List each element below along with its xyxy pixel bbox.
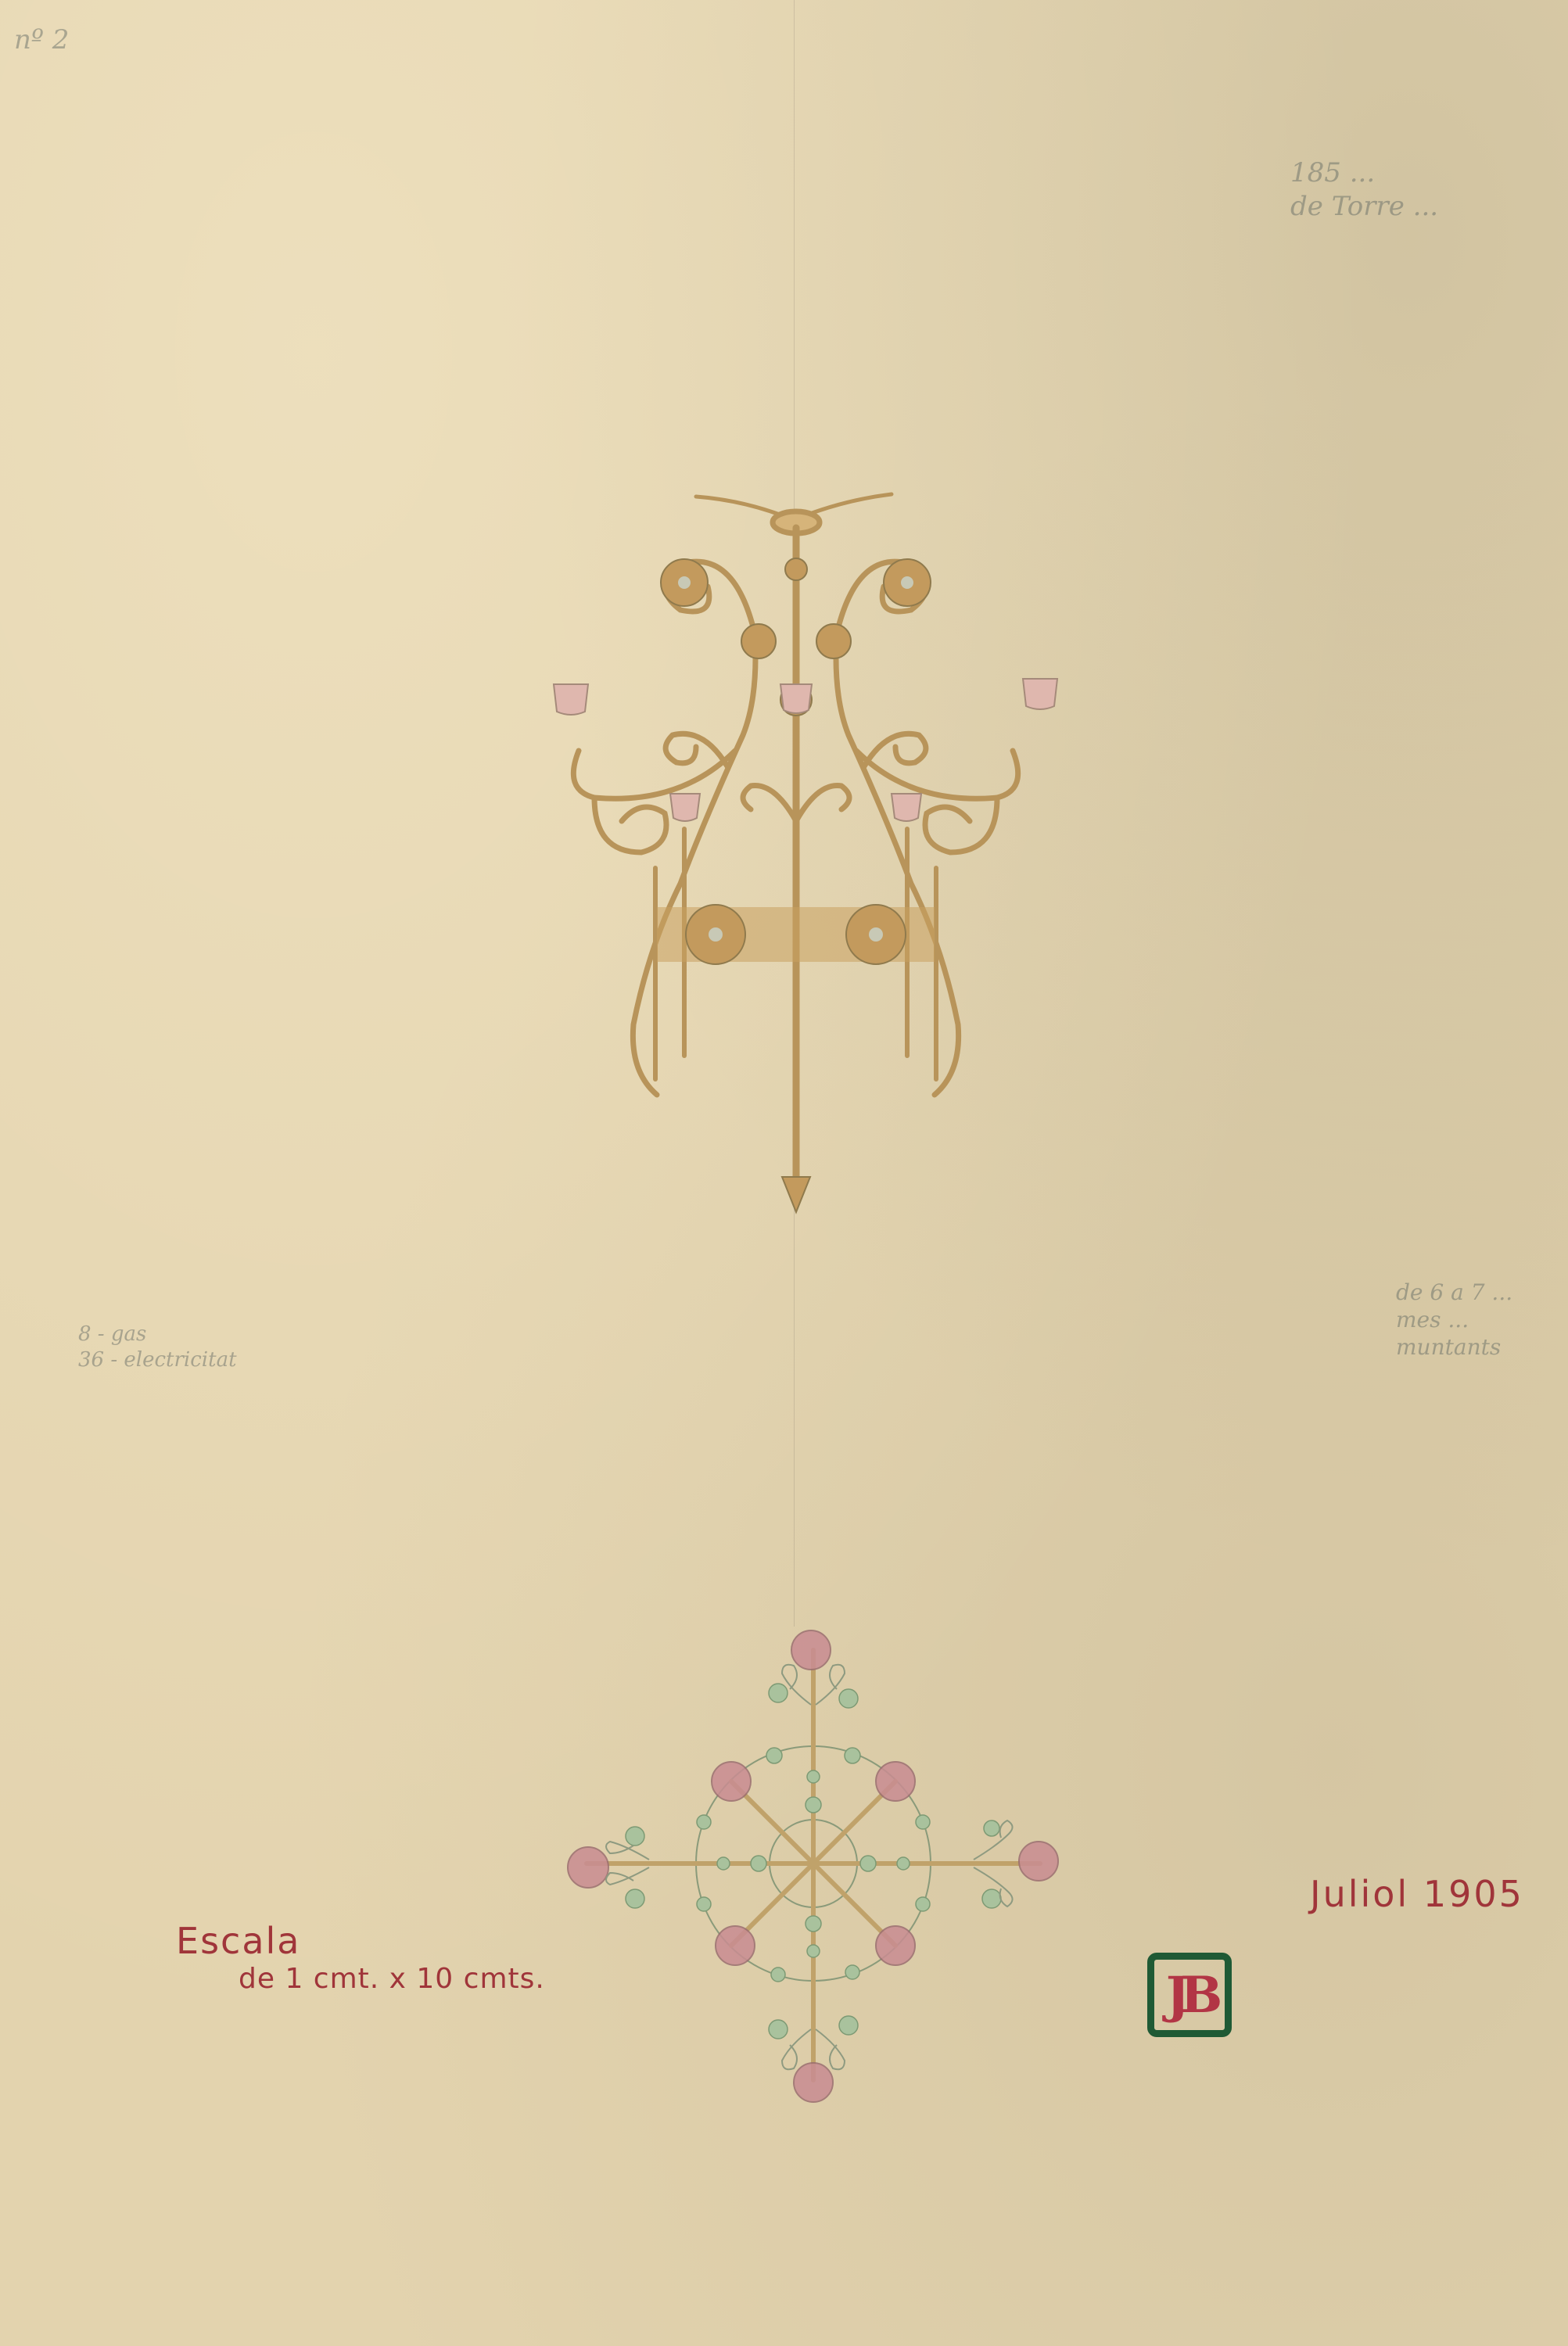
date-label: Juliol 1905 [1310,1873,1524,1915]
monogram-letters: JB [1166,1966,1213,2025]
pencil-note-top-right: 185 ... de Torre ... [1290,156,1438,223]
pencil-note-right: de 6 a 7 ... mes ... muntants [1396,1279,1512,1361]
page-number: nº 2 [14,23,69,57]
monogram-stamp: JB [1147,1953,1232,2037]
pencil-note-left: 8 - gas 36 - electricitat [78,1322,237,1372]
chandelier-elevation [547,477,1064,1228]
scale-value: de 1 cmt. x 10 cmts. [239,1963,545,1995]
chandelier-plan [547,1611,1079,2174]
scale-label: Escala [176,1920,300,1962]
